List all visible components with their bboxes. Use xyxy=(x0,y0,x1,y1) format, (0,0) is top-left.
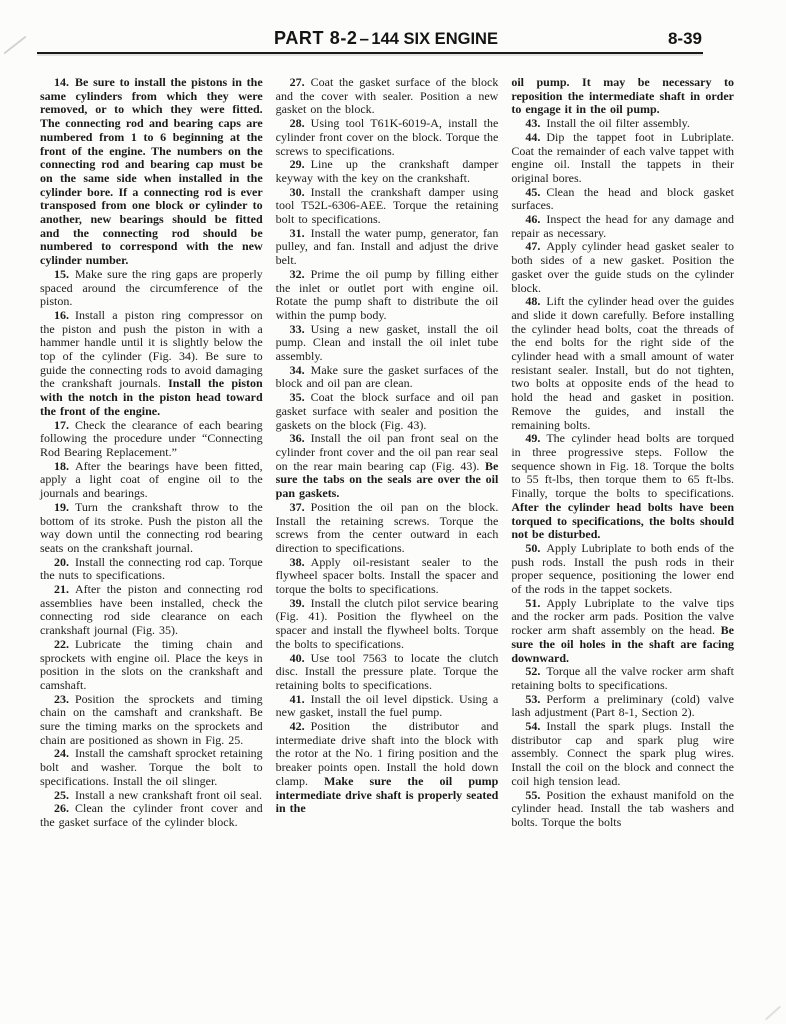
step-number: 40. xyxy=(290,651,305,665)
step-54: 54. Install the spark plugs. Install the… xyxy=(511,720,734,789)
step-number: 38. xyxy=(290,555,305,569)
text-column-1: 14. Be sure to install the pistons in th… xyxy=(40,76,263,1024)
step-text: After the bearings have been fitted, app… xyxy=(40,459,263,500)
step-18: 18. After the bearings have been fitted,… xyxy=(40,460,263,501)
step-55: 55. Position the exhaust manifold on the… xyxy=(511,789,734,830)
step-text: Position the exhaust manifold on the cyl… xyxy=(511,788,734,829)
step-number: 21. xyxy=(54,582,69,596)
step-48: 48. Lift the cylinder head over the guid… xyxy=(511,295,734,432)
step-text: Install the clutch pilot service bearing… xyxy=(276,596,499,651)
step-20: 20. Install the connecting rod cap. Torq… xyxy=(40,556,263,583)
step-number: 34. xyxy=(290,363,305,377)
step-text: Lubricate the timing chain and sprockets… xyxy=(40,637,263,692)
step-49: 49. The cylinder head bolts are torqued … xyxy=(511,432,734,542)
step-number: 51. xyxy=(525,596,540,610)
step-continuation: oil pump. It may be necessary to reposit… xyxy=(511,76,734,117)
step-number: 44. xyxy=(525,130,540,144)
step-number: 32. xyxy=(290,267,305,281)
step-text: Install the oil level dipstick. Using a … xyxy=(276,692,499,720)
step-43: 43. Install the oil filter assembly. xyxy=(511,117,734,131)
step-35: 35. Coat the block surface and oil pan g… xyxy=(276,391,499,432)
step-text: Turn the crankshaft throw to the bottom … xyxy=(40,500,263,555)
step-51: 51. Apply Lubriplate to the valve tips a… xyxy=(511,597,734,666)
step-text: Apply Lubriplate to both ends of the pus… xyxy=(511,541,734,596)
step-37: 37. Position the oil pan on the block. I… xyxy=(276,501,499,556)
step-34: 34. Make sure the gasket surfaces of the… xyxy=(276,364,499,391)
step-number: 14. xyxy=(54,75,69,89)
step-text: Using tool T61K-6019-A, install the cyli… xyxy=(276,116,499,157)
step-number: 27. xyxy=(290,75,305,89)
step-47: 47. Apply cylinder head gasket sealer to… xyxy=(511,240,734,295)
step-number: 43. xyxy=(525,116,540,130)
step-number: 47. xyxy=(525,239,540,253)
step-text: Using a new gasket, install the oil pump… xyxy=(276,322,499,363)
step-text: Coat the block surface and oil pan gaske… xyxy=(276,390,499,431)
step-29: 29. Line up the crankshaft damper keyway… xyxy=(276,158,499,185)
step-21: 21. After the piston and connecting rod … xyxy=(40,583,263,638)
step-number: 52. xyxy=(525,664,540,678)
step-50: 50. Apply Lubriplate to both ends of the… xyxy=(511,542,734,597)
step-text: Apply cylinder head gasket sealer to bot… xyxy=(511,239,734,294)
step-31: 31. Install the water pump, generator, f… xyxy=(276,227,499,268)
step-number: 50. xyxy=(525,541,540,555)
step-number: 37. xyxy=(290,500,305,514)
step-text: Position the oil pan on the block. Insta… xyxy=(276,500,499,555)
page-header: PART 8-2–144 SIX ENGINE 8-39 xyxy=(40,28,732,54)
step-text: Coat the gasket surface of the block and… xyxy=(276,75,499,116)
step-number: 23. xyxy=(54,692,69,706)
step-text: Install the camshaft sprocket retaining … xyxy=(40,746,263,787)
step-number: 26. xyxy=(54,801,69,815)
step-14: 14. Be sure to install the pistons in th… xyxy=(40,76,263,268)
step-16: 16. Install a piston ring compressor on … xyxy=(40,309,263,419)
step-text: Dip the tappet foot in Lubriplate. Coat … xyxy=(511,130,734,185)
step-number: 17. xyxy=(54,418,69,432)
step-text: Check the clearance of each bearing foll… xyxy=(40,418,263,459)
step-number: 35. xyxy=(290,390,305,404)
text-column-2: 27. Coat the gasket surface of the block… xyxy=(276,76,499,1024)
step-number: 36. xyxy=(290,431,305,445)
step-42: 42. Position the distributor and interme… xyxy=(276,720,499,816)
step-45: 45. Clean the head and block gasket surf… xyxy=(511,186,734,213)
step-text: Install the connecting rod cap. Torque t… xyxy=(40,555,263,583)
content-columns: 14. Be sure to install the pistons in th… xyxy=(40,76,734,1024)
step-number: 54. xyxy=(525,719,540,733)
text-column-3: oil pump. It may be necessary to reposit… xyxy=(511,76,734,1024)
step-39: 39. Install the clutch pilot service bea… xyxy=(276,597,499,652)
page-number: 8-39 xyxy=(668,29,702,49)
step-number: 20. xyxy=(54,555,69,569)
step-41: 41. Install the oil level dipstick. Usin… xyxy=(276,693,499,720)
step-number: 48. xyxy=(525,294,540,308)
step-number: 24. xyxy=(54,746,69,760)
page-title: PART 8-2–144 SIX ENGINE xyxy=(40,28,732,49)
manual-page: PART 8-2–144 SIX ENGINE 8-39 14. Be sure… xyxy=(0,0,786,1024)
step-number: 53. xyxy=(525,692,540,706)
step-text-emphasis: Be sure to install the pistons in the sa… xyxy=(40,75,263,267)
step-text: Prime the oil pump by filling either the… xyxy=(276,267,499,322)
step-17: 17. Check the clearance of each bearing … xyxy=(40,419,263,460)
step-38: 38. Apply oil-resistant sealer to the fl… xyxy=(276,556,499,597)
step-text-emphasis: After the cylinder head bolts have been … xyxy=(511,500,734,541)
step-number: 49. xyxy=(525,431,540,445)
step-26: 26. Clean the cylinder front cover and t… xyxy=(40,802,263,829)
step-number: 15. xyxy=(54,267,69,281)
step-32: 32. Prime the oil pump by filling either… xyxy=(276,268,499,323)
step-text: Install the oil pan front seal on the cy… xyxy=(276,431,499,472)
step-text: Apply oil-resistant sealer to the flywhe… xyxy=(276,555,499,596)
step-text: Install the spark plugs. Install the dis… xyxy=(511,719,734,788)
step-36: 36. Install the oil pan front seal on th… xyxy=(276,432,499,501)
engine-name-label: 144 SIX ENGINE xyxy=(371,30,498,48)
step-23: 23. Position the sprockets and timing ch… xyxy=(40,693,263,748)
header-rule xyxy=(37,52,703,54)
scan-artifact-top-left xyxy=(3,36,26,55)
step-number: 16. xyxy=(54,308,69,322)
step-number: 30. xyxy=(290,185,305,199)
step-number: 39. xyxy=(290,596,305,610)
step-text: Perform a preliminary (cold) valve lash … xyxy=(511,692,734,720)
step-text: Install the water pump, generator, fan p… xyxy=(276,226,499,267)
step-number: 29. xyxy=(290,157,305,171)
step-27: 27. Coat the gasket surface of the block… xyxy=(276,76,499,117)
step-text: Make sure the ring gaps are properly spa… xyxy=(40,267,263,308)
step-text: The cylinder head bolts are torqued in t… xyxy=(511,431,734,500)
step-text: Install a new crankshaft front oil seal. xyxy=(75,788,262,802)
step-text: Use tool 7563 to locate the clutch disc.… xyxy=(276,651,499,692)
step-text: Torque all the valve rocker arm shaft re… xyxy=(511,664,734,692)
part-number-label: PART 8-2 xyxy=(274,28,357,48)
step-text: Apply Lubriplate to the valve tips and t… xyxy=(511,596,734,637)
step-text: Position the sprockets and timing chain … xyxy=(40,692,263,747)
title-separator: – xyxy=(358,29,372,48)
step-text: Clean the head and block gasket surfaces… xyxy=(511,185,734,213)
step-52: 52. Torque all the valve rocker arm shaf… xyxy=(511,665,734,692)
step-text: Make sure the gasket surfaces of the blo… xyxy=(276,363,499,391)
step-number: 41. xyxy=(290,692,305,706)
step-text: Install the oil filter assembly. xyxy=(546,116,690,130)
step-number: 42. xyxy=(290,719,305,733)
step-22: 22. Lubricate the timing chain and sproc… xyxy=(40,638,263,693)
step-number: 45. xyxy=(525,185,540,199)
step-number: 19. xyxy=(54,500,69,514)
scan-artifact-bottom-right xyxy=(765,1006,781,1021)
step-number: 22. xyxy=(54,637,69,651)
step-number: 18. xyxy=(54,459,69,473)
step-number: 46. xyxy=(525,212,540,226)
step-text: Clean the cylinder front cover and the g… xyxy=(40,801,263,829)
step-15: 15. Make sure the ring gaps are properly… xyxy=(40,268,263,309)
step-number: 25. xyxy=(54,788,69,802)
step-25: 25. Install a new crankshaft front oil s… xyxy=(40,789,263,803)
step-19: 19. Turn the crankshaft throw to the bot… xyxy=(40,501,263,556)
step-number: 28. xyxy=(290,116,305,130)
step-44: 44. Dip the tappet foot in Lubriplate. C… xyxy=(511,131,734,186)
step-number: 33. xyxy=(290,322,305,336)
step-24: 24. Install the camshaft sprocket retain… xyxy=(40,747,263,788)
step-28: 28. Using tool T61K-6019-A, install the … xyxy=(276,117,499,158)
step-text: Line up the crankshaft damper keyway wit… xyxy=(276,157,499,185)
step-text: Lift the cylinder head over the guides a… xyxy=(511,294,734,431)
step-53: 53. Perform a preliminary (cold) valve l… xyxy=(511,693,734,720)
step-text-emphasis: oil pump. It may be necessary to reposit… xyxy=(511,75,734,116)
step-text: Inspect the head for any damage and repa… xyxy=(511,212,734,240)
step-number: 31. xyxy=(290,226,305,240)
step-33: 33. Using a new gasket, install the oil … xyxy=(276,323,499,364)
step-number: 55. xyxy=(525,788,540,802)
step-text: Install the crankshaft damper using tool… xyxy=(276,185,499,226)
step-30: 30. Install the crankshaft damper using … xyxy=(276,186,499,227)
step-40: 40. Use tool 7563 to locate the clutch d… xyxy=(276,652,499,693)
step-46: 46. Inspect the head for any damage and … xyxy=(511,213,734,240)
step-text: After the piston and connecting rod asse… xyxy=(40,582,263,637)
